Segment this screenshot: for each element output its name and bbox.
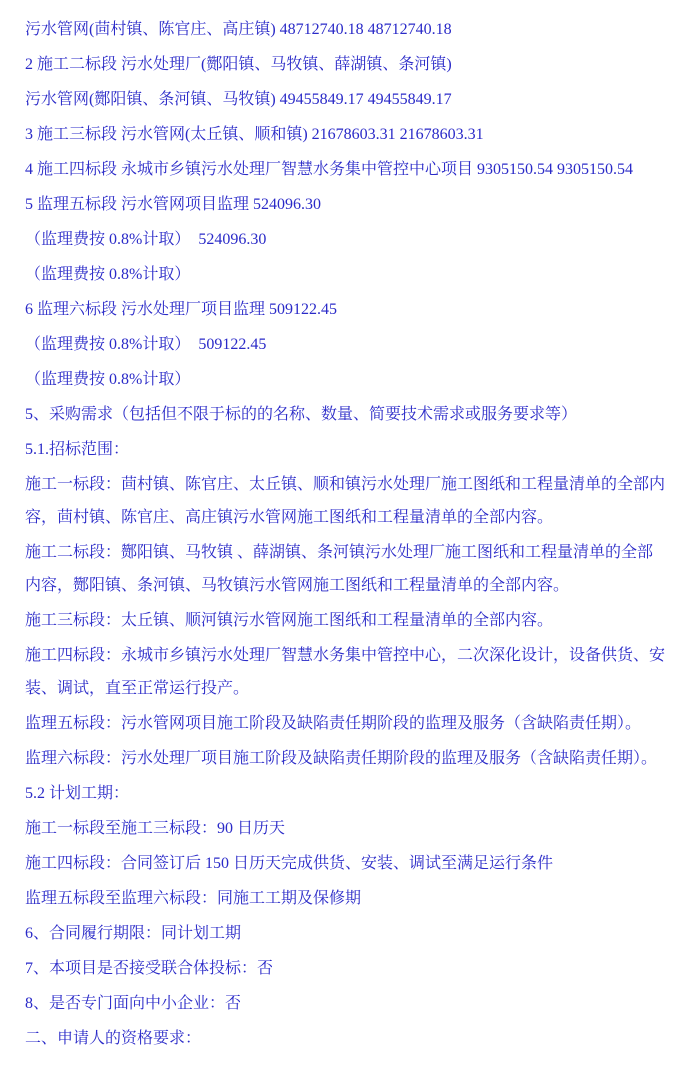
doc-line: 施工四标段：合同签订后 150 日历天完成供货、安装、调试至满足运行条件 xyxy=(25,847,666,880)
doc-line: （监理费按 0.8%计取） xyxy=(25,363,666,396)
doc-line: 施工三标段：太丘镇、顺河镇污水管网施工图纸和工程量清单的全部内容。 xyxy=(25,604,666,637)
doc-line: 施工一标段至施工三标段：90 日历天 xyxy=(25,812,666,845)
doc-line: 4 施工四标段 永城市乡镇污水处理厂智慧水务集中管控中心项目 9305150.5… xyxy=(25,153,666,186)
doc-line: 二、申请人的资格要求： xyxy=(25,1022,666,1055)
doc-line: 7、本项目是否接受联合体投标：否 xyxy=(25,952,666,985)
doc-line: 6 监理六标段 污水处理厂项目监理 509122.45 xyxy=(25,293,666,326)
doc-line: 5 监理五标段 污水管网项目监理 524096.30 xyxy=(25,188,666,221)
doc-line: 施工四标段：永城市乡镇污水处理厂智慧水务集中管控中心，二次深化设计，设备供货、安… xyxy=(25,639,666,705)
doc-line: 污水管网(酂阳镇、条河镇、马牧镇) 49455849.17 49455849.1… xyxy=(25,83,666,116)
doc-line: 3 施工三标段 污水管网(太丘镇、顺和镇) 21678603.31 216786… xyxy=(25,118,666,151)
doc-line: 6、合同履行期限：同计划工期 xyxy=(25,917,666,950)
doc-line: 5.2 计划工期： xyxy=(25,777,666,810)
document-page: 污水管网(茴村镇、陈官庄、高庄镇) 48712740.18 48712740.1… xyxy=(0,0,682,1070)
doc-line: 施工一标段：茴村镇、陈官庄、太丘镇、顺和镇污水处理厂施工图纸和工程量清单的全部内… xyxy=(25,468,666,534)
doc-line: 8、是否专门面向中小企业：否 xyxy=(25,987,666,1020)
doc-line: （监理费按 0.8%计取） 524096.30 xyxy=(25,223,666,256)
doc-line: 监理五标段：污水管网项目施工阶段及缺陷责任期阶段的监理及服务（含缺陷责任期）。 xyxy=(25,707,666,740)
doc-line: 污水管网(茴村镇、陈官庄、高庄镇) 48712740.18 48712740.1… xyxy=(25,13,666,46)
doc-line: 5、采购需求（包括但不限于标的的名称、数量、简要技术需求或服务要求等） xyxy=(25,398,666,431)
doc-line: 监理五标段至监理六标段：同施工工期及保修期 xyxy=(25,882,666,915)
doc-line: 监理六标段：污水处理厂项目施工阶段及缺陷责任期阶段的监理及服务（含缺陷责任期）。 xyxy=(25,742,666,775)
doc-line: 5.1.招标范围： xyxy=(25,433,666,466)
doc-line: （监理费按 0.8%计取） xyxy=(25,258,666,291)
doc-line: 2 施工二标段 污水处理厂(酂阳镇、马牧镇、薛湖镇、条河镇) xyxy=(25,48,666,81)
doc-line: （监理费按 0.8%计取） 509122.45 xyxy=(25,328,666,361)
doc-line: 施工二标段：酂阳镇、马牧镇 、薛湖镇、条河镇污水处理厂施工图纸和工程量清单的全部… xyxy=(25,536,666,602)
